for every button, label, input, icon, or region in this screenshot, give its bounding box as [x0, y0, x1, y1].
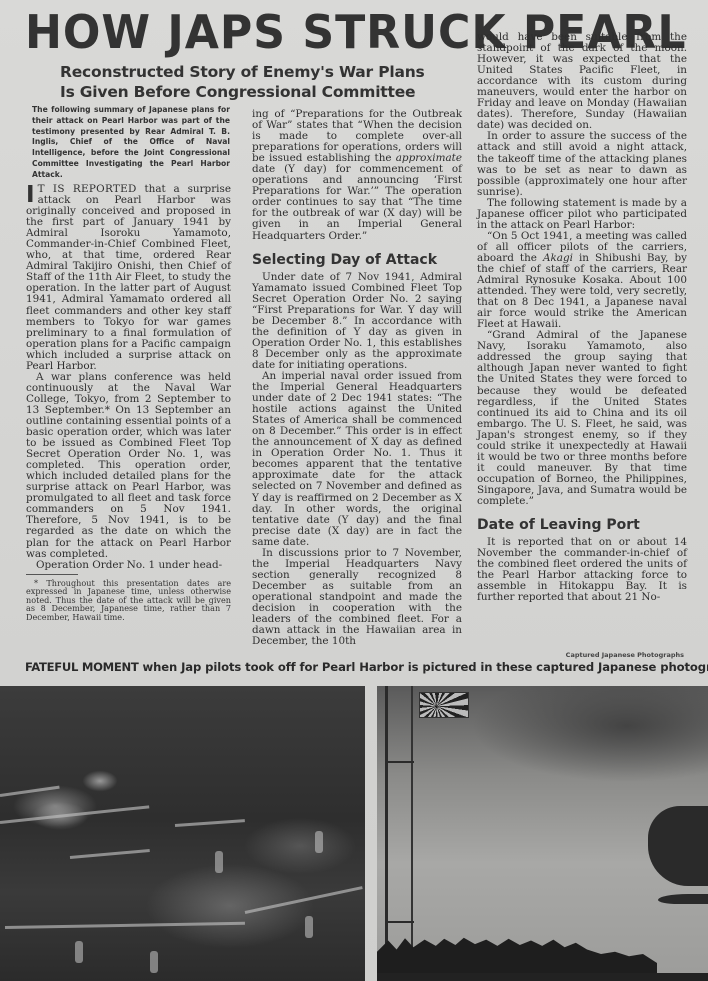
caption-text: when Jap pilots took off for Pearl Harbo…	[139, 660, 708, 674]
plane-silhouette	[648, 806, 708, 886]
paragraph-text: date (Y day) for commencement of operati…	[252, 163, 462, 241]
plane-wing-shape	[0, 805, 149, 824]
subheadline: Reconstructed Story of Enemy's War Plans…	[60, 62, 440, 102]
photo-carrier-deck-planes	[0, 686, 365, 981]
paragraph: ing of “Preparations for the Outbreak of…	[252, 109, 462, 242]
ship-deck	[377, 973, 708, 981]
paragraph-text: in Shibushi Bay, by the chief of staff o…	[477, 252, 687, 330]
crewman-figure	[215, 851, 223, 873]
footnote: * Throughout this presentation dates are…	[26, 579, 231, 622]
plane-wing-shape	[5, 922, 245, 929]
paragraph: In order to assure the success of the at…	[477, 131, 687, 197]
ship-mast	[385, 686, 413, 956]
section-heading-leaving-port: Date of Leaving Port	[477, 516, 687, 534]
paragraph: It is reported that on or about 14 Novem…	[477, 537, 687, 603]
drop-cap: I	[26, 185, 35, 205]
rising-sun-flag-icon	[419, 692, 469, 718]
column-1: IT IS REPORTED that a surprise attack on…	[26, 184, 231, 621]
lead-paragraph-text: that a surprise attack on Pearl Harbor w…	[26, 183, 231, 372]
plane-wing-shape	[0, 786, 60, 797]
lead-paragraph: IT IS REPORTED that a surprise attack on…	[26, 184, 231, 372]
paragraph: The following statement is made by a Jap…	[477, 198, 687, 231]
paragraph: “Grand Admiral of the Japanese Navy, Iso…	[477, 330, 687, 507]
footnote-divider	[26, 574, 78, 575]
crewman-figure	[150, 951, 158, 973]
paragraph: A war plans conference was held continuo…	[26, 372, 231, 560]
paragraph: Operation Order No. 1 under head-	[26, 560, 231, 571]
subheadline-line-2: Is Given Before Congressional Committee	[60, 82, 440, 102]
crewman-figure	[75, 941, 83, 963]
magazine-page: HOW JAPS STRUCK PEARL Reconstructed Stor…	[0, 0, 708, 981]
plane-wing-silhouette	[658, 894, 708, 904]
subheadline-line-1: Reconstructed Story of Enemy's War Plans	[60, 62, 440, 82]
photo-caption: FATEFUL MOMENT when Jap pilots took off …	[25, 660, 705, 674]
footnote-text: * Throughout this presentation dates are…	[26, 579, 231, 622]
plane-wing-shape	[175, 819, 245, 827]
intro-summary: The following summary of Japanese plans …	[32, 105, 230, 181]
crewman-figure	[305, 916, 313, 938]
paragraph: An imperial naval order issued from the …	[252, 371, 462, 548]
crewman-figure	[315, 831, 323, 853]
column-2: ing of “Preparations for the Outbreak of…	[252, 109, 462, 647]
paragraph: Under date of 7 Nov 1941, Admiral Yamama…	[252, 272, 462, 371]
section-heading-selecting-day: Selecting Day of Attack	[252, 251, 462, 269]
paragraph: would have been suitable from the standp…	[477, 32, 687, 131]
plane-wing-shape	[70, 849, 150, 859]
paragraph: “On 5 Oct 1941, a meeting was called of …	[477, 231, 687, 330]
plane-wing-shape	[245, 886, 363, 914]
column-3: would have been suitable from the standp…	[477, 32, 687, 603]
photo-credit: Captured Japanese Photographs	[566, 651, 684, 659]
paragraph: In discussions prior to 7 November, the …	[252, 548, 462, 647]
caption-lead: FATEFUL MOMENT	[25, 660, 139, 674]
photo-crew-waving-plane	[377, 686, 708, 981]
